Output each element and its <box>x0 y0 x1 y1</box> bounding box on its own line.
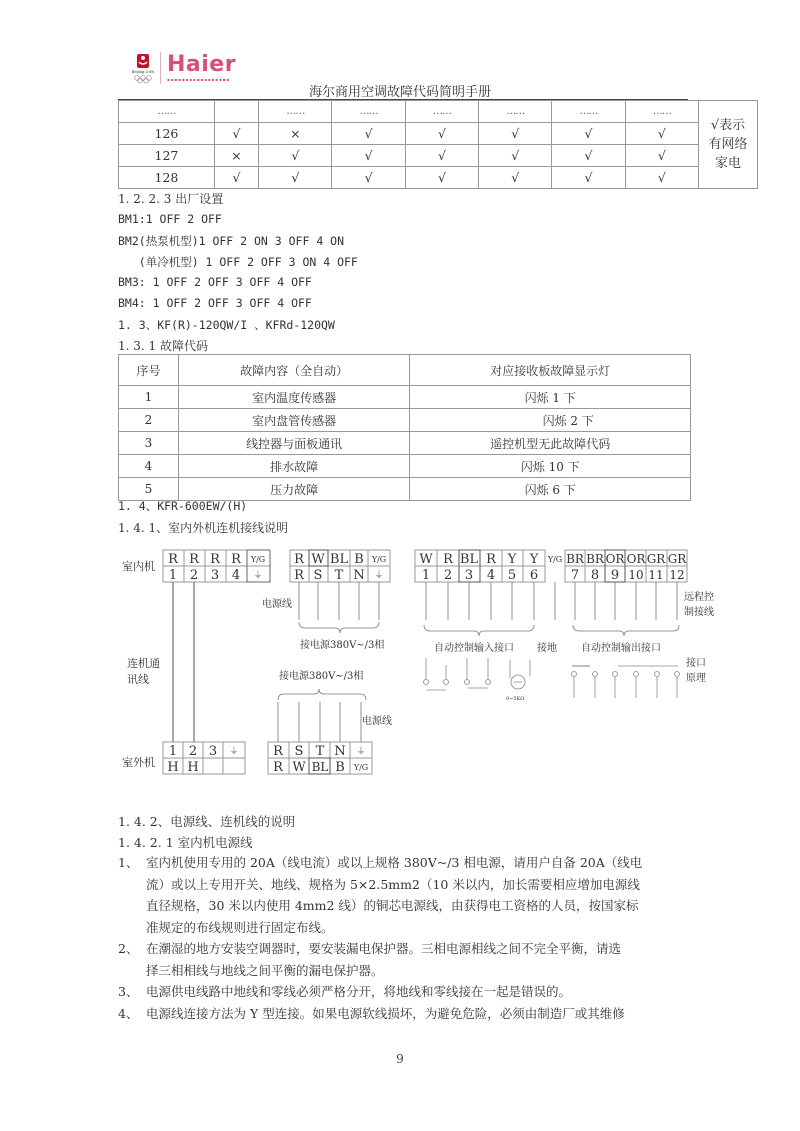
terminal-number: 4 <box>232 568 240 583</box>
terminal-phase: N <box>334 744 345 759</box>
table-cell: √ <box>405 123 478 145</box>
table-cell: √ <box>552 167 625 189</box>
ground-icon: ⏚ <box>229 746 238 757</box>
terminal-wire: R <box>443 552 454 567</box>
fault-code-table: 序号 故障内容（全自动） 对应接收板故障显示灯 1 室内温度传感器 闪烁 1 下… <box>118 354 691 501</box>
terminal-number: 1 <box>422 568 430 583</box>
item-text: 流）或以上专用开关、地线、规格为 5×2.5mm2（10 米以内，加长需要相应增… <box>118 874 698 896</box>
list-item: 4、电源线连接方法为 Y 型连接。如果电源软线损坏，为避免危险，必须由制造厂或其… <box>118 1003 698 1025</box>
ground-label: 接地 <box>537 641 557 654</box>
table-cell: √ <box>332 123 405 145</box>
list-item: 1、室内机使用专用的 20A（线电流）或以上规格 380V~/3 相电源，请用户… <box>118 852 698 938</box>
terminal-wire: R <box>486 552 497 567</box>
table-cell: √ <box>259 145 332 167</box>
table-cell: 闪烁 6 下 <box>410 478 691 501</box>
setting-line: BM1:1 OFF 2 OFF <box>118 212 222 226</box>
table-cell: √ <box>479 123 552 145</box>
table-cell: × <box>214 145 258 167</box>
table-row: …… …… …… …… …… …… …… √表示 有网络 家电 <box>119 101 758 123</box>
terminal-wire: Y/G <box>353 763 368 772</box>
terminal-wire: BL <box>312 760 329 774</box>
table-cell: 3 <box>119 432 179 455</box>
auto-output-label: 自动控制输出接口 <box>581 641 661 654</box>
terminal-number: 5 <box>508 568 516 583</box>
terminal-number: 2 <box>444 568 452 583</box>
table-cell: √ <box>332 145 405 167</box>
setting-line: BM4: 1 OFF 2 OFF 3 OFF 4 OFF <box>118 296 312 310</box>
power-line-label: 电源线 <box>362 714 392 727</box>
terminal-number: 1 <box>169 568 177 583</box>
terminal-phase: S <box>295 744 304 759</box>
instruction-list: 1、室内机使用专用的 20A（线电流）或以上规格 380V~/3 相电源，请用户… <box>118 852 698 1024</box>
terminal-phase: T <box>335 568 344 583</box>
terminal-wire: BL <box>460 552 479 567</box>
table-cell: 线控器与面板通讯 <box>178 432 410 455</box>
section-heading: 1. 4、KFR-600EW/(H) <box>118 498 247 514</box>
list-item: 3、电源供电线路中地线和零线必须严格分开，将地线和零线接在一起是错误的。 <box>118 981 698 1003</box>
column-header: 对应接收板故障显示灯 <box>410 355 691 386</box>
terminal-number: 2 <box>189 744 197 759</box>
item-text: 室内机使用专用的 20A（线电流）或以上规格 380V~/3 相电源，请用户自备… <box>146 855 642 870</box>
item-number: 2、 <box>118 938 146 960</box>
terminal-number: 1 <box>169 744 177 759</box>
legend-note-cell: √表示 有网络 家电 <box>699 101 758 189</box>
table-cell <box>214 101 258 123</box>
terminal-wire: GR <box>668 552 688 566</box>
table-row: 128 √ √ √ √ √ √ √ <box>119 167 758 189</box>
item-text: 电源线连接方法为 Y 型连接。如果电源软线损坏，为避免危险，必须由制造厂或其维修 <box>146 1006 625 1021</box>
ground-icon: ⏚ <box>356 746 365 757</box>
olympic-emblem-icon: Beijing 2008 <box>130 52 156 82</box>
table-cell: …… <box>552 101 625 123</box>
remote-control-label: 制接线 <box>684 605 714 618</box>
terminal-number: 2 <box>190 568 198 583</box>
terminal-wire: Y/G <box>371 555 386 564</box>
terminal-wire: W <box>292 760 306 775</box>
row-id: 126 <box>119 123 215 145</box>
terminal-number: 4 <box>487 568 495 583</box>
ground-icon: ⏚ <box>253 570 262 581</box>
item-text: 电源供电线路中地线和零线必须严格分开，将地线和零线接在一起是错误的。 <box>146 984 571 999</box>
terminal-wire: Y/G <box>250 555 265 564</box>
table-cell: 2 <box>119 409 179 432</box>
legend-note-line: 有网络 <box>699 135 757 154</box>
outdoor-unit-label: 室外机 <box>122 755 155 769</box>
network-appliance-table: …… …… …… …… …… …… …… √表示 有网络 家电 126 √ × … <box>118 100 758 189</box>
terminal-wire: Y <box>529 552 539 567</box>
terminal-signal: H <box>187 760 198 775</box>
terminal-wire: GR <box>647 552 667 566</box>
terminal-wire: OR <box>627 552 647 566</box>
terminal-number: 7 <box>571 568 579 583</box>
table-cell: √ <box>625 167 698 189</box>
terminal-wire: R <box>189 552 200 567</box>
terminal-phase: R <box>273 744 284 759</box>
terminal-wire: B <box>335 760 345 775</box>
setting-line: BM3: 1 OFF 2 OFF 3 OFF 4 OFF <box>118 275 312 289</box>
power-line-label: 电源线 <box>262 597 292 610</box>
table-row: 1 室内温度传感器 闪烁 1 下 <box>119 386 691 409</box>
table-cell: √ <box>405 145 478 167</box>
table-row: 2 室内盘管传感器 闪烁 2 下 <box>119 409 691 432</box>
row-id: 128 <box>119 167 215 189</box>
ground-icon: ⏚ <box>374 570 383 581</box>
table-cell: 闪烁 1 下 <box>410 386 691 409</box>
row-id: 127 <box>119 145 215 167</box>
list-item: 2、在潮湿的地方安装空调器时，要安装漏电保护器。三相电源相线之间不完全平衡，请选… <box>118 938 698 981</box>
wiring-diagram: 室内机 室外机 连机通 讯线 电源线 接电源380V~/3相 接电源380V~/… <box>0 540 800 790</box>
section-subheading: 1. 4. 1、室内外机连机接线说明 <box>118 519 288 536</box>
svg-text:Beijing 2008: Beijing 2008 <box>132 70 154 74</box>
table-cell: 室内温度传感器 <box>178 386 410 409</box>
terminal-phase: R <box>294 568 305 583</box>
section-subheading: 1. 4. 2. 1 室内机电源线 <box>118 833 253 851</box>
table-header-row: 序号 故障内容（全自动） 对应接收板故障显示灯 <box>119 355 691 386</box>
terminal-number: 10 <box>628 568 643 582</box>
terminal-wire: R <box>231 552 242 567</box>
table-cell: 4 <box>119 455 179 478</box>
document-title: 海尔商用空调故障代码简明手册 <box>0 81 800 100</box>
section-heading: 1. 2. 2. 3 出厂设置 <box>118 190 223 207</box>
terminal-signal: H <box>167 760 178 775</box>
setting-line: BM2(热泵机型)1 OFF 2 ON 3 OFF 4 ON <box>118 233 344 249</box>
table-cell: √ <box>214 167 258 189</box>
terminal-wire: R <box>168 552 179 567</box>
terminal-number: 12 <box>669 568 684 582</box>
terminal-phase: S <box>314 568 323 583</box>
principle-label: 接口 <box>686 656 706 669</box>
terminal-wire: Y/G <box>547 555 562 564</box>
terminal-wire: BR <box>586 552 605 566</box>
section-heading: 1. 3、KF(R)-120QW/I 、KFRd-120QW <box>118 317 335 333</box>
table-cell: …… <box>259 101 332 123</box>
table-cell: √ <box>552 145 625 167</box>
table-cell: 闪烁 10 下 <box>410 455 691 478</box>
power-supply-label: 接电源380V~/3相 <box>300 638 384 651</box>
table-cell: 遥控机型无此故障代码 <box>410 432 691 455</box>
table-cell: …… <box>119 101 215 123</box>
table-cell: √ <box>332 167 405 189</box>
table-cell: √ <box>625 145 698 167</box>
setting-line: (单冷机型) 1 OFF 2 OFF 3 ON 4 OFF <box>118 254 358 270</box>
table-row: 4 排水故障 闪烁 10 下 <box>119 455 691 478</box>
item-text: 择三相相线与地线之间平衡的漏电保护器。 <box>118 960 698 982</box>
auto-input-label: 自动控制输入接口 <box>434 641 514 654</box>
terminal-wire: R <box>294 552 305 567</box>
terminal-wire: W <box>419 552 433 567</box>
section-heading: 1. 4. 2、电源线、连机线的说明 <box>118 812 295 830</box>
table-cell: √ <box>479 167 552 189</box>
remote-control-label: 远程控 <box>684 590 714 603</box>
logo-divider <box>160 52 161 84</box>
table-cell: √ <box>552 123 625 145</box>
table-cell: √ <box>405 167 478 189</box>
terminal-number: 8 <box>591 568 599 583</box>
table-cell: 室内盘管传感器 <box>178 409 410 432</box>
table-cell: √ <box>214 123 258 145</box>
item-number: 1、 <box>118 852 146 874</box>
column-header: 故障内容（全自动） <box>178 355 410 386</box>
table-cell: …… <box>625 101 698 123</box>
terminal-wire: BR <box>566 552 585 566</box>
table-cell: 排水故障 <box>178 455 410 478</box>
brand-logo: Haier <box>167 52 236 77</box>
table-cell: √ <box>479 145 552 167</box>
terminal-number: 3 <box>465 568 473 583</box>
legend-note-line: √表示 <box>699 116 757 135</box>
terminal-number: 3 <box>211 568 219 583</box>
terminal-wire: B <box>354 552 364 567</box>
terminal-number: 9 <box>611 568 619 583</box>
indoor-unit-label: 室内机 <box>122 559 155 573</box>
page-number: 9 <box>0 1052 800 1066</box>
item-number: 3、 <box>118 981 146 1003</box>
terminal-phase: N <box>353 568 364 583</box>
terminal-wire: R <box>210 552 221 567</box>
comm-line-label: 连机通 <box>127 656 160 670</box>
table-cell: × <box>259 123 332 145</box>
terminal-wire: R <box>273 760 284 775</box>
table-cell: 闪烁 2 下 <box>410 409 691 432</box>
table-cell: 1 <box>119 386 179 409</box>
item-text: 准规定的布线规则进行固定布线。 <box>118 917 698 939</box>
item-text: 直径规格，30 米以内使用 4mm2 线）的铜芯电源线，由获得电工资格的人员，按… <box>118 895 698 917</box>
section-subheading: 1. 3. 1 故障代码 <box>118 337 208 354</box>
table-cell: √ <box>625 123 698 145</box>
resistor-range-label: 0~5KΩ <box>506 696 524 702</box>
terminal-wire: BL <box>330 552 349 567</box>
power-supply-label: 接电源380V~/3相 <box>279 669 363 682</box>
table-cell: …… <box>479 101 552 123</box>
table-row: 3 线控器与面板通讯 遥控机型无此故障代码 <box>119 432 691 455</box>
terminal-phase: T <box>316 744 325 759</box>
table-cell: …… <box>332 101 405 123</box>
principle-label: 原理 <box>686 672 706 684</box>
table-cell: …… <box>405 101 478 123</box>
column-header: 序号 <box>119 355 179 386</box>
terminal-wire: Y <box>507 552 517 567</box>
terminal-number: 6 <box>530 568 538 583</box>
table-cell: √ <box>259 167 332 189</box>
table-row: 126 √ × √ √ √ √ √ <box>119 123 758 145</box>
comm-line-label: 讯线 <box>127 672 149 686</box>
legend-note-line: 家电 <box>699 154 757 173</box>
item-text: 在潮湿的地方安装空调器时，要安装漏电保护器。三相电源相线之间不完全平衡，请选 <box>146 941 621 956</box>
terminal-number: 11 <box>648 568 663 582</box>
item-number: 4、 <box>118 1003 146 1025</box>
terminal-wire: W <box>311 552 325 567</box>
terminal-wire: OR <box>606 552 626 566</box>
table-row: 127 × √ √ √ √ √ √ <box>119 145 758 167</box>
terminal-number: 3 <box>209 744 217 759</box>
